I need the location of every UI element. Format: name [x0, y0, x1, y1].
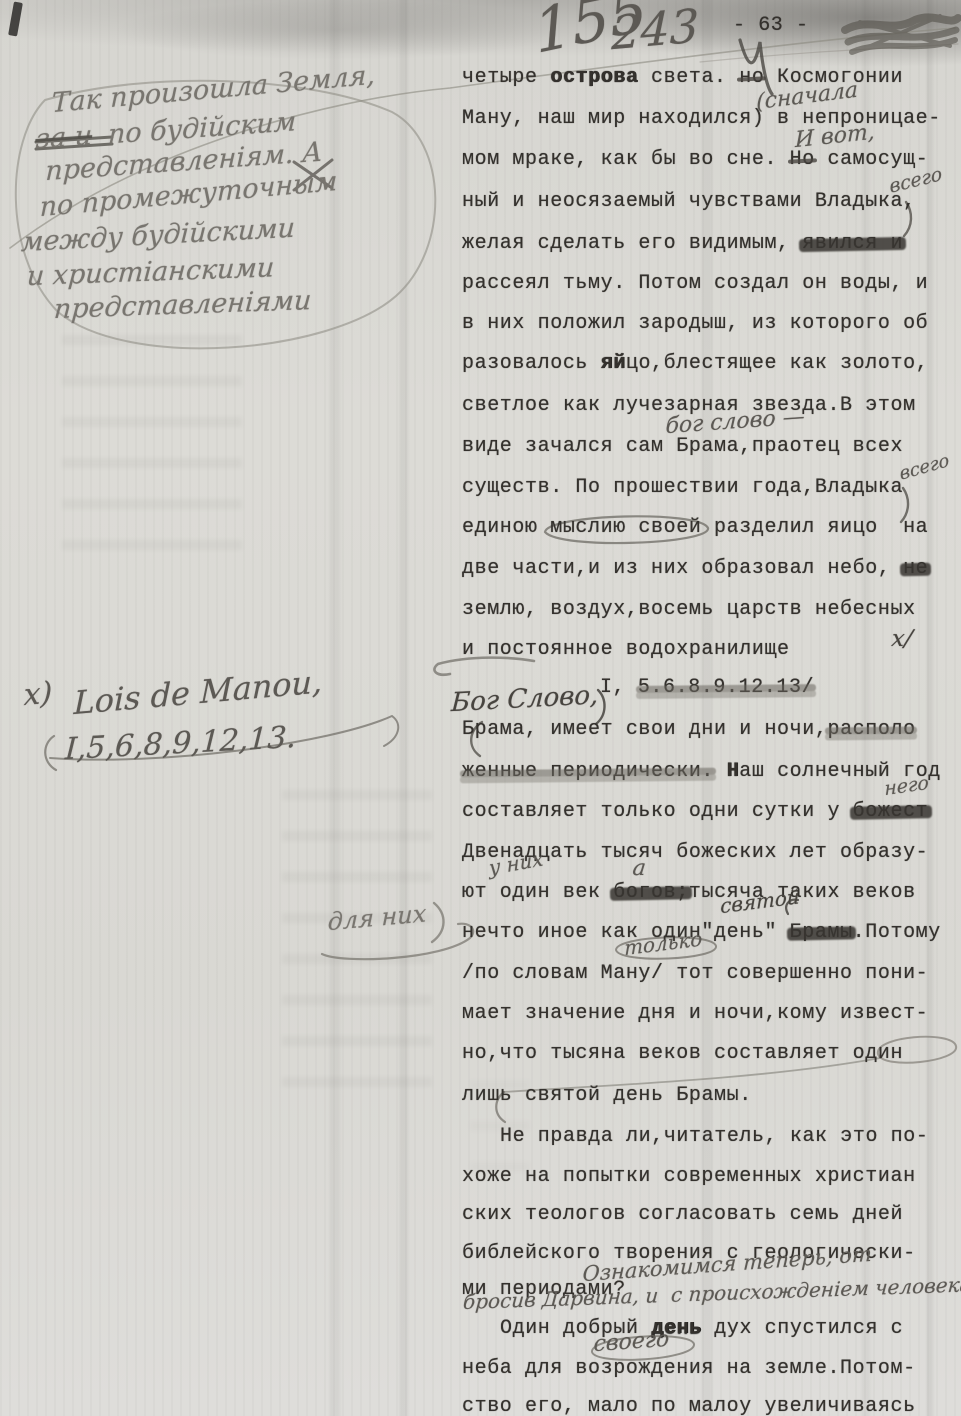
typed-line: лишь святой день Брамы. — [462, 1084, 752, 1107]
blacked-out-text: явился и — [802, 232, 903, 255]
typed-text: ских теологов согласовать семь дней — [462, 1203, 903, 1226]
typed-line: ют один век богов;тысяча таких веков — [462, 881, 916, 904]
handwritten-note: а — [631, 856, 647, 881]
handwritten-note: х/ — [890, 626, 913, 652]
blacked-out-text: Брамы — [790, 921, 853, 944]
typed-line: составляет только одни сутки у божест — [462, 800, 928, 823]
typed-text: единою — [462, 516, 550, 539]
blacked-out-text: не — [903, 557, 928, 580]
typed-line: Брама, имеет свои дни и ночи,располо — [462, 718, 916, 741]
typed-line: Не правда ли,читатель, как это по- — [500, 1125, 928, 1148]
typed-line: желая сделать его видимым, явился и — [462, 232, 903, 255]
typed-line: I, 5.6.8.9.12.13/ — [600, 676, 814, 699]
overstruck-bold-text: яй — [601, 352, 626, 375]
typed-line: существ. По прошествии года,Владыка — [462, 476, 903, 499]
typed-line: хоже на попытки современных христиан — [462, 1165, 916, 1188]
typed-text: составляет только одни сутки у — [462, 800, 853, 823]
overstruck-bold-text: острова — [550, 66, 638, 89]
typed-line: единою мыслию своей разделил яицо на — [462, 516, 928, 539]
typed-line: разовалось яйцо,блестящее как золото, — [462, 352, 928, 375]
typed-line: неба для возрождения на земле.Потом- — [462, 1357, 916, 1380]
typed-line: ный и неосязаемый чувствами Владыка, — [462, 190, 916, 213]
handwritten-note: своего — [593, 1327, 669, 1357]
typed-line: в них положил зародыш, из которого об — [462, 312, 928, 335]
typed-text: - 63 - — [733, 14, 809, 37]
typed-text: разделил яицо на — [701, 516, 928, 539]
typed-text: Брама, имеет свои дни и ночи, — [462, 718, 827, 741]
typed-text: мает значение дня и ночи,кому извест- — [462, 1002, 928, 1025]
typed-text: ют один век — [462, 881, 613, 904]
typed-line: две части,и из них образовал небо, не — [462, 557, 928, 580]
typed-text: I, — [600, 676, 638, 699]
struck-through-text: располо — [827, 718, 915, 741]
typed-line: ство его, мало по малоу увеличиваясь — [462, 1395, 916, 1416]
typed-text: рассеял тьму. Потом создал он воды, и — [462, 272, 928, 295]
typed-text: цо,блестящее как золото, — [626, 352, 928, 375]
typed-text: самосущ- — [815, 148, 928, 171]
typed-text: святой день Брамы. — [525, 1084, 752, 1107]
typed-line: мом мраке, как бы во сне. Но самосущ- — [462, 148, 928, 171]
struck-through-text: 5.6.8.9.12.13/ — [638, 676, 814, 699]
overstruck-bold-text: Н — [727, 760, 740, 783]
typed-text: света. — [638, 66, 739, 89]
typed-text: /по словам Ману/ — [462, 962, 676, 985]
typed-text: лишь — [462, 1084, 525, 1107]
blacked-out-text: богов; — [613, 881, 689, 904]
typed-text: но,что тысяна веков составляет — [462, 1042, 853, 1065]
typed-text: и постоянное водохранилище — [462, 638, 790, 661]
typed-text: существ. По прошествии года,Владыка — [462, 476, 903, 499]
typed-line: Один добрый день дух спустился с — [500, 1317, 903, 1340]
typed-text: мом мраке, как бы во сне. — [462, 148, 790, 171]
typed-text: ство его, мало по малоу увеличиваясь — [462, 1395, 916, 1416]
typed-text: тот совершенно пони- — [676, 962, 928, 985]
handwritten-note: за и — [35, 120, 93, 155]
typed-text: желая сделать его видимым, — [462, 232, 802, 255]
typed-text: разовалось — [462, 352, 601, 375]
manuscript-page: - 63 -четыре острова света. но Космогони… — [0, 0, 961, 1416]
typed-line: /по словам Ману/ тот совершенно пони- — [462, 962, 928, 985]
blacked-out-text: божест — [853, 800, 929, 823]
typed-line: и постоянное водохранилище — [462, 638, 790, 661]
typed-text: мыслию своей — [550, 516, 701, 539]
handwritten-note: 243 — [611, 0, 699, 60]
typed-text: неба для возрождения на земле.Потом- — [462, 1357, 916, 1380]
typed-line: рассеял тьму. Потом создал он воды, и — [462, 272, 928, 295]
typed-line: но,что тысяна веков составляет один — [462, 1042, 903, 1065]
typed-text: один — [853, 1042, 903, 1065]
typed-line: землю, воздух,восемь царств небесных — [462, 598, 916, 621]
typed-text: ный и неосязаемый чувствами Владыка, — [462, 190, 916, 213]
typed-text: Не правда ли,читатель, как это по- — [500, 1125, 928, 1148]
typed-line: - 63 - — [733, 14, 809, 37]
typed-text: две части,и из них образовал небо, — [462, 557, 903, 580]
typed-line: мает значение дня и ночи,кому извест- — [462, 1002, 928, 1025]
typed-text: .Потому — [853, 921, 941, 944]
typed-text: землю, воздух,восемь царств небесных — [462, 598, 916, 621]
typed-text: в них положил зародыш, из которого об — [462, 312, 928, 335]
struck-through-text: но — [739, 66, 764, 89]
typed-line: женные периодически. Наш солнечный год — [462, 760, 941, 783]
handwritten-note: х) — [23, 676, 52, 714]
struck-through-text: женные периодически. — [462, 760, 714, 783]
typed-text — [714, 760, 727, 783]
typed-text: хоже на попытки современных христиан — [462, 1165, 916, 1188]
typed-line: ских теологов согласовать семь дней — [462, 1203, 903, 1226]
typed-line: виде зачался сам Брама,праотец всех — [462, 435, 903, 458]
typed-text: дух спустился с — [702, 1317, 904, 1340]
typed-text: виде зачался сам Брама,праотец всех — [462, 435, 903, 458]
typed-text: четыре — [462, 66, 550, 89]
